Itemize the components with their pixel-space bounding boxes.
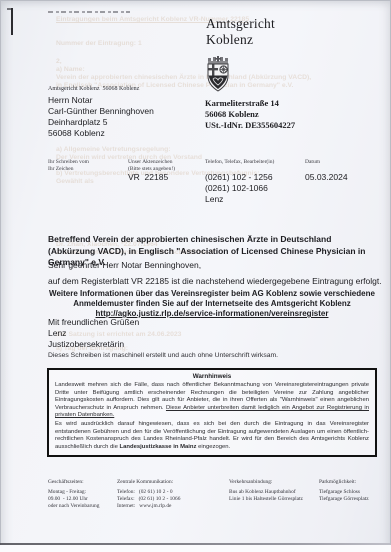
coat-of-arms-icon (203, 56, 233, 94)
recipient-line: 56068 Koblenz (48, 128, 154, 139)
court-address-line: Karmeliterstraße 14 (205, 98, 295, 109)
info-notice-line1: Weitere Informationen über das Vereinsre… (48, 289, 376, 299)
bleed-through-text: Gewählt als (56, 178, 94, 186)
footer-line: Tiefgarage Schloss (319, 489, 384, 496)
footer-line: Tiefgarage Görresplatz (319, 496, 384, 503)
footer-office-hours: Geschäftszeiten: Montag - Freitag: 09.00… (48, 479, 123, 510)
reference-your-letter: Ihr Schreiben vom Ihr Zeichen (48, 159, 89, 172)
your-letter-label: Ihr Schreiben vom (48, 159, 89, 166)
court-address-line: USt.-IdNr. DE355604227 (205, 120, 295, 131)
closing-phrase: Mit freundlichen Grüßen (48, 317, 139, 328)
signature-title: Justizobersekretärin (48, 339, 139, 350)
court-address-line: 56068 Koblenz (205, 109, 295, 120)
phone-number: (0261) 102 - 1256 (205, 172, 273, 183)
scanner-background-strip (0, 545, 391, 552)
your-ref-label: Ihr Zeichen (48, 166, 89, 173)
warning-p2-bold: Landesjustizkasse in Mainz (120, 444, 197, 450)
contact-values: (0261) 102 - 1256 (0261) 102-1066 Lenz (205, 172, 273, 205)
scanned-letter-page: Eintragungen beim Amtsgericht Koblenz VR… (0, 0, 391, 552)
bleed-through-text: 2, (56, 58, 62, 66)
recipient-line: Herrn Notar (48, 95, 154, 106)
warning-box: Warnhinweis Landesweit mehren sich die F… (47, 368, 377, 457)
footer-line: Bus ab Koblenz Hauptbahnhof (229, 489, 314, 496)
footer-line: 09.00 - 12.00 Uhr (48, 496, 123, 503)
fax-number: (0261) 102-1066 (205, 183, 273, 194)
bleed-through-text: Nummer der Eintragung: 1 (56, 40, 142, 48)
footer-line: Telefax: (02 61) 10 2 - 1066 (117, 496, 222, 503)
date-value: 05.03.2024 (305, 172, 348, 183)
scan-mark-artifact (7, 8, 12, 10)
footer-line: Linie 1 bis Haltestelle Görresplatz (229, 496, 314, 503)
footer-line: Montag - Freitag: (48, 489, 123, 496)
recipient-line: Carl-Günther Benninghoven (48, 106, 154, 117)
recipient-address: Herrn Notar Carl-Günther Benninghoven De… (48, 95, 154, 139)
fax-header-artifact (48, 11, 130, 13)
sender-return-address: Amtsgericht Koblenz 56068 Koblenz (48, 86, 139, 92)
info-notice: Weitere Informationen über das Vereinsre… (48, 289, 376, 319)
machine-note: Dieses Schreiben ist maschinell erstellt… (48, 352, 278, 359)
footer-col-title: Zentrale Kommunikation: (117, 479, 222, 486)
warning-title: Warnhinweis (55, 373, 369, 380)
warning-paragraph-1: Landesweit mehren sich die Fälle, dass n… (55, 382, 369, 420)
footer-col-title: Verkehrsanbindung: (229, 479, 314, 486)
footer-transport: Verkehrsanbindung: Bus ab Koblenz Hauptb… (229, 479, 314, 503)
footer-line: Internet: www.jm.rlp.de (117, 503, 222, 510)
scan-mark-artifact (11, 8, 13, 35)
our-ref-value: VR 22185 (128, 172, 168, 183)
letterhead-court-name: Amtsgericht Koblenz (206, 16, 275, 47)
info-notice-line2: Anmeldemuster finden Sie auf der Interne… (48, 299, 376, 309)
bleed-through-text: a) Name: (56, 66, 85, 74)
footer-communication: Zentrale Kommunikation: Telefon: (02 61)… (117, 479, 222, 510)
salutation: Sehr geehrter Herr Notar Benninghoven, (48, 260, 201, 271)
date-label: Datum (305, 159, 320, 166)
signature-name: Lenz (48, 328, 139, 339)
footer-parking: Parkmöglichkeit: Tiefgarage Schloss Tief… (319, 479, 384, 503)
footer-col-title: Geschäftszeiten: (48, 479, 123, 486)
court-name-line2: Koblenz (206, 32, 275, 48)
reference-our-ref: Unser Aktenzeichen (Bitte stets angeben!… (128, 159, 175, 172)
clerk-name: Lenz (205, 194, 273, 205)
bleed-through-text: Verein der approbierten chinesischen Ärz… (56, 74, 311, 82)
court-street-address: Karmeliterstraße 14 56068 Koblenz USt.-I… (205, 98, 295, 131)
recipient-line: Deinhardplatz 5 (48, 117, 154, 128)
footer-line: Telefon: (02 61) 10 2 - 0 (117, 489, 222, 496)
footer-col-title: Parkmöglichkeit: (319, 479, 384, 486)
warning-p2-end: eingezogen. (196, 444, 230, 450)
warning-paragraph-2: Es wird ausdrücklich darauf hingewiesen,… (55, 421, 369, 451)
body-paragraph: auf dem Registerblatt VR 22185 ist die n… (48, 276, 383, 287)
footer-line: oder nach Vereinbarung (48, 503, 123, 510)
our-ref-label: Unser Aktenzeichen (128, 159, 175, 166)
contact-label: Telefon, Telefax, Bearbeiter(in) (205, 159, 274, 166)
bleed-through-text: a) Allgemeine Vertretungsregelung: (56, 146, 171, 154)
closing-block: Mit freundlichen Grüßen Lenz Justizobers… (48, 317, 139, 350)
court-name-line1: Amtsgericht (206, 16, 275, 32)
